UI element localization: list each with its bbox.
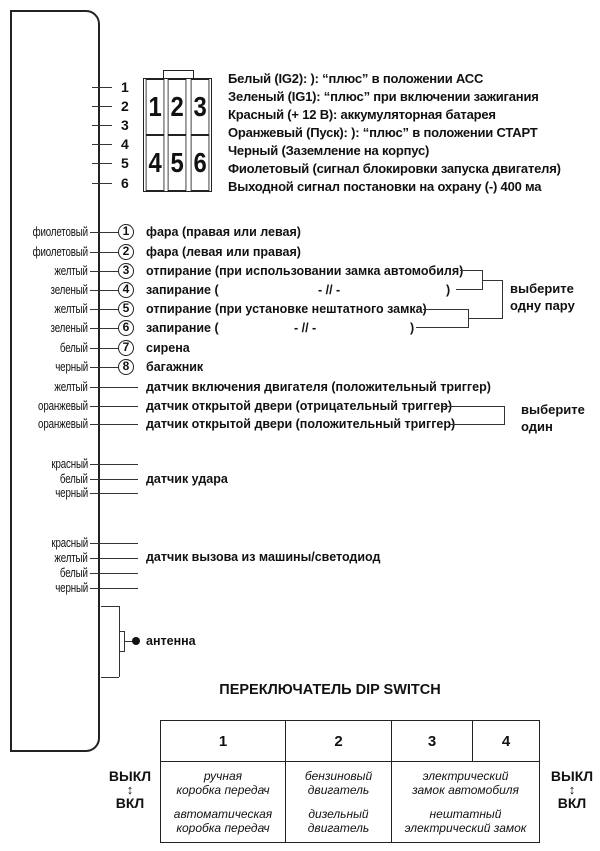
wire-color-label: желтый <box>55 302 88 316</box>
pin-number: 1 <box>121 80 129 94</box>
dip-switch-34-options: электрическийзамок автомобиля нештатныйэ… <box>392 762 540 843</box>
wire-line <box>90 464 138 465</box>
wire-number-circle-icon: 4 <box>118 282 134 298</box>
wire-color-label: белый <box>60 472 88 486</box>
wire-line <box>90 387 138 388</box>
wire-number-circle-icon: 8 <box>118 359 134 375</box>
dip-option-text: ручная <box>204 769 242 783</box>
connector-cell: 4 <box>146 135 165 191</box>
dip-onoff-legend-right: ВЫКЛ ↕ ВКЛ <box>550 768 594 811</box>
dip-option-text: электрический замок <box>405 821 527 835</box>
connector-cell: 6 <box>190 135 209 191</box>
wire-color-label: черный <box>55 360 88 374</box>
wire-function: сирена <box>146 341 190 355</box>
connector-cell: 1 <box>146 79 165 135</box>
dip-option-text: двигатель <box>308 783 369 797</box>
wire-number-circle-icon: 5 <box>118 301 134 317</box>
dip-option-text: бензиновый <box>305 769 372 783</box>
pin-number: 3 <box>121 118 129 132</box>
wire-line <box>90 309 118 310</box>
call-sensor-label: датчик вызова из машины/светодиод <box>146 550 380 564</box>
pin-line-1 <box>92 87 112 88</box>
wire-color-label: белый <box>60 341 88 355</box>
wire-color-label: черный <box>55 581 88 595</box>
wire-line <box>90 348 118 349</box>
on-label: ВКЛ <box>558 795 586 811</box>
choose-one-label: выберите <box>521 401 585 418</box>
wire-function: датчик открытой двери (отрицательный три… <box>146 399 452 413</box>
dip-switch-2-options: бензиновыйдвигатель дизельныйдвигатель <box>286 762 392 843</box>
wire-number-circle-icon: 6 <box>118 320 134 336</box>
dip-header-3: 3 <box>392 721 473 762</box>
wire-line <box>90 479 138 480</box>
dip-header-2: 2 <box>286 721 392 762</box>
wire-function: отпирание (при использовании замка автом… <box>146 264 463 278</box>
wire-number-circle-icon: 1 <box>118 224 134 240</box>
wire-function: фара (правая или левая) <box>146 225 301 239</box>
connector-cell: 5 <box>168 135 187 191</box>
dip-header-1: 1 <box>161 721 286 762</box>
choose-pair-label: одну пару <box>510 297 575 314</box>
on-label: ВКЛ <box>116 795 144 811</box>
connector-desc: Зеленый (IG1): “плюс” при включении зажи… <box>228 88 539 106</box>
wire-color-label: желтый <box>55 264 88 278</box>
ditto-mark: - // - <box>294 321 316 335</box>
choose-one-label: один <box>521 418 553 435</box>
pin-line-6 <box>92 183 112 184</box>
dip-option-text: электрический <box>423 769 509 783</box>
wire-function: датчик включения двигателя (положительны… <box>146 380 491 394</box>
dip-switch-1-options: ручнаякоробка передач автоматическаякоро… <box>161 762 286 843</box>
wire-line <box>90 367 118 368</box>
pin-line-2 <box>92 106 112 107</box>
wire-color-label: оранжевый <box>38 399 88 413</box>
ditto-mark: - // - <box>318 283 340 297</box>
connector-6pin: 1 2 3 4 5 6 <box>143 78 212 192</box>
wire-line <box>90 558 138 559</box>
closing-paren: ) <box>446 283 450 297</box>
dip-switch-table: 1 2 3 4 ручнаякоробка передач автоматиче… <box>160 720 540 843</box>
wire-line <box>90 493 138 494</box>
dip-option-text: двигатель <box>308 821 369 835</box>
dip-switch-title: ПЕРЕКЛЮЧАТЕЛЬ DIP SWITCH <box>0 682 600 698</box>
wire-color-label: черный <box>55 486 88 500</box>
wire-line <box>90 424 138 425</box>
pin-number: 5 <box>121 156 129 170</box>
closing-paren: ) <box>410 321 414 335</box>
pin-line-5 <box>92 163 112 164</box>
wire-line <box>90 328 118 329</box>
pin-number: 2 <box>121 99 129 113</box>
wire-line <box>90 290 118 291</box>
wire-function: запирание ( <box>146 321 219 335</box>
antenna-terminal-icon <box>132 637 140 645</box>
dip-option-text: дизельный <box>308 807 368 821</box>
pin-number: 4 <box>121 137 129 151</box>
wire-line <box>90 406 138 407</box>
dip-header-4: 4 <box>473 721 540 762</box>
pin-line-4 <box>92 144 112 145</box>
connector-desc: Оранжевый (Пуск): ): “плюс” в положении … <box>228 124 538 142</box>
wire-function: отпирание (при установке нештатного замк… <box>146 302 427 316</box>
wire-line <box>90 543 138 544</box>
choose-pair-label: выберите <box>510 280 574 297</box>
wire-color-label: красный <box>51 536 88 550</box>
wire-line <box>90 588 138 589</box>
wire-function: датчик открытой двери (положительный три… <box>146 417 455 431</box>
shock-sensor-label: датчик удара <box>146 472 228 486</box>
wire-color-label: зеленый <box>51 321 88 335</box>
wire-color-label: оранжевый <box>38 417 88 431</box>
connector-desc: Черный (Заземление на корпус) <box>228 142 429 160</box>
wire-number-circle-icon: 2 <box>118 244 134 260</box>
dip-option-text: автоматическая <box>174 807 272 821</box>
connector-cell: 3 <box>190 79 209 135</box>
connector-cell: 2 <box>168 79 187 135</box>
connector-desc: Фиолетовый (сигнал блокировки запуска дв… <box>228 160 561 178</box>
connector-tab <box>163 70 194 78</box>
wire-function: фара (левая или правая) <box>146 245 301 259</box>
wire-color-label: фиолетовый <box>33 245 88 259</box>
wire-line <box>90 271 118 272</box>
wire-line <box>90 232 118 233</box>
wire-function: багажник <box>146 360 203 374</box>
wire-color-label: желтый <box>55 380 88 394</box>
pin-number: 6 <box>121 176 129 190</box>
antenna-label: антенна <box>146 634 196 648</box>
dip-option-text: нештатный <box>430 807 502 821</box>
wire-color-label: красный <box>51 457 88 471</box>
dip-option-text: коробка передач <box>176 783 269 797</box>
up-down-arrow-icon: ↕ <box>550 784 594 795</box>
wire-number-circle-icon: 3 <box>118 263 134 279</box>
wire-color-label: зеленый <box>51 283 88 297</box>
pin-line-3 <box>92 125 112 126</box>
wire-function: запирание ( <box>146 283 219 297</box>
wire-line <box>90 252 118 253</box>
dip-option-text: коробка передач <box>176 821 269 835</box>
connector-desc: Красный (+ 12 В): аккумуляторная батарея <box>228 106 496 124</box>
wire-color-label: белый <box>60 566 88 580</box>
wire-color-label: фиолетовый <box>33 225 88 239</box>
wire-number-circle-icon: 7 <box>118 340 134 356</box>
wire-color-label: желтый <box>55 551 88 565</box>
dip-option-text: замок автомобиля <box>412 783 519 797</box>
dip-onoff-legend-left: ВЫКЛ ↕ ВКЛ <box>108 768 152 811</box>
up-down-arrow-icon: ↕ <box>108 784 152 795</box>
connector-desc: Белый (IG2): ): “плюс” в положении АСС <box>228 70 483 88</box>
wire-line <box>90 573 138 574</box>
connector-desc: Выходной сигнал постановки на охрану (-)… <box>228 178 541 196</box>
